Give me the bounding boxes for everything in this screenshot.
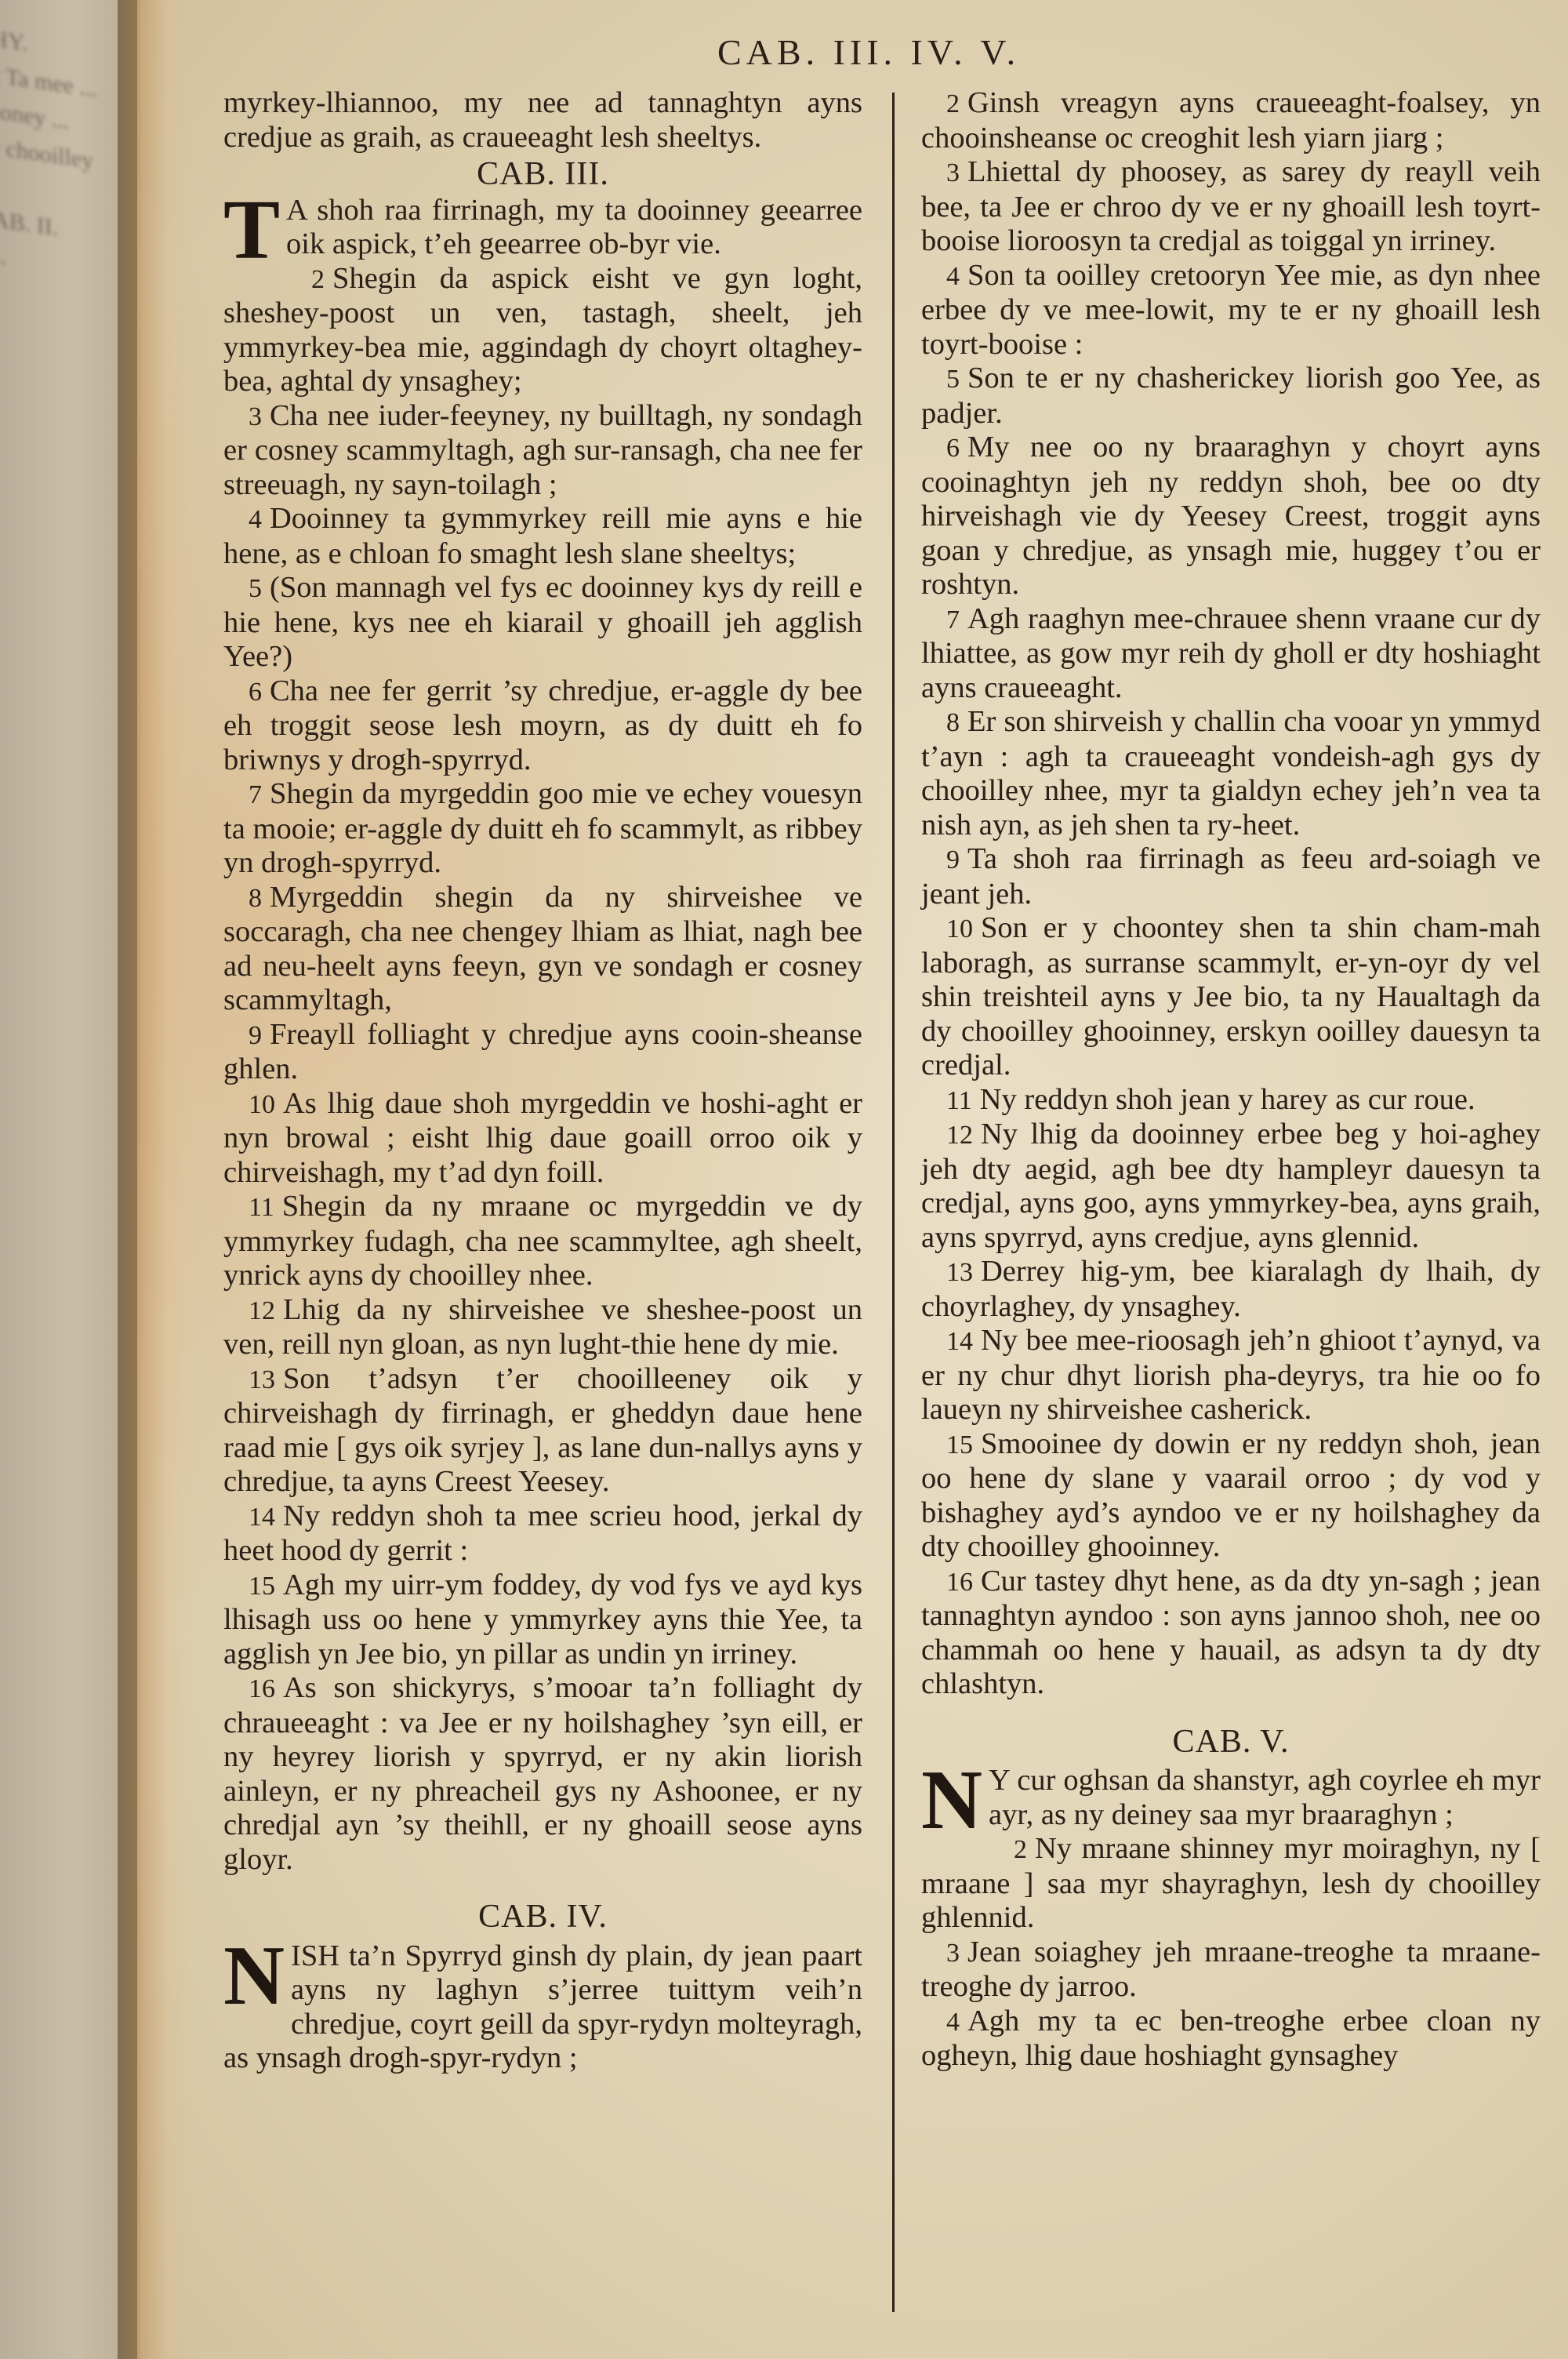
verse-number: 2: [1014, 1835, 1027, 1864]
verse: 6Cha nee fer gerrit ’sy chredjue, er-agg…: [223, 674, 862, 778]
verse: 7Agh raaghyn mee-chrauee shenn vraane cu…: [921, 602, 1541, 706]
drop-cap: T: [223, 197, 280, 266]
facing-page-edge: THY. 22 Ta mee ... ghoney ... dy chooill…: [0, 0, 137, 2359]
verse-text: Son ta ooilley cretooryn Yee mie, as dyn…: [921, 259, 1541, 361]
opening-text: A shoh raa firrinagh, my ta dooinney gee…: [286, 194, 862, 261]
verse: 13Son t’adsyn t’er chooilleeney oik y ch…: [223, 1362, 862, 1499]
verse-text: Son te er ny chasherickey liorish goo Ye…: [921, 362, 1541, 430]
verse: 15Agh my uirr-ym foddey, dy vod fys ve a…: [223, 1568, 862, 1672]
chapter-heading-5: CAB. V.: [921, 1725, 1541, 1760]
verse-number: 7: [946, 605, 960, 634]
verse-number: 2: [311, 265, 325, 294]
gutter-shadow: [118, 0, 188, 2359]
verse-text: Agh my uirr-ym foddey, dy vod fys ve ayd…: [223, 1568, 862, 1670]
verse-text: My nee oo ny braaraghyn y choyrt ayns co…: [921, 431, 1541, 601]
verse-text: Cha nee iuder-feeyney, ny builltagh, ny …: [223, 399, 862, 501]
verse-text: Derrey hig-ym, bee kiaralagh dy lhaih, d…: [921, 1255, 1541, 1323]
verse: 15Smooinee dy dowin er ny reddyn shoh, j…: [921, 1427, 1541, 1565]
verse-text: (Son mannagh vel fys ec dooinney kys dy …: [223, 571, 862, 673]
verse: 6My nee oo ny braaraghyn y choyrt ayns c…: [921, 431, 1541, 602]
verse: 9Freayll folliaght y chredjue ayns cooin…: [223, 1018, 862, 1087]
verse: 16As son shickyrys, s’mooar ta’n folliag…: [223, 1671, 862, 1877]
verse-number: 11: [946, 1086, 972, 1115]
chapter-4-verses: 2Ginsh vreagyn ayns craueeaght-foalsey, …: [921, 86, 1541, 1702]
verse-number: 6: [249, 678, 262, 707]
drop-cap: N: [921, 1767, 982, 1836]
verse-number: 12: [249, 1296, 275, 1325]
verse: 10As lhig daue shoh myrgeddin ve hoshi-a…: [223, 1087, 862, 1190]
verse-text: Jean soiaghey jeh mraane-treoghe ta mraa…: [921, 1936, 1541, 2004]
verse: 9Ta shoh raa firrinagh as feeu ard-soiag…: [921, 842, 1541, 911]
verse: 2Ginsh vreagyn ayns craueeaght-foalsey, …: [921, 86, 1541, 155]
verse-number: 10: [946, 914, 973, 943]
verse-text: Cha nee fer gerrit ’sy chredjue, er-aggl…: [223, 674, 862, 776]
book-page: CAB. III. IV. V. myrkey-lhiannoo, my nee…: [137, 0, 1568, 2359]
verse: 8Er son shirveish y challin cha vooar yn…: [921, 705, 1541, 842]
facing-page-text: THY. 22 Ta mee ... ghoney ... dy chooill…: [0, 19, 137, 296]
verse-number: 15: [946, 1430, 973, 1459]
chapter-heading-3: CAB. III.: [223, 158, 862, 192]
verse-text: Er son shirveish y challin cha vooar yn …: [921, 705, 1541, 841]
verse: 4Son ta ooilley cretooryn Yee mie, as dy…: [921, 259, 1541, 362]
verse: 5(Son mannagh vel fys ec dooinney kys dy…: [223, 571, 862, 674]
verse-text: Son t’adsyn t’er chooilleeney oik y chir…: [223, 1362, 862, 1499]
chapter-5-opening: NY cur oghsan da shanstyr, agh coyrlee e…: [921, 1764, 1541, 1832]
verse-number: 3: [249, 402, 262, 431]
verse: 4Dooinney ta gymmyrkey reill mie ayns e …: [223, 502, 862, 571]
verse: 2Ny mraane shinney myr moiraghyn, ny [ m…: [921, 1832, 1541, 1936]
verse: 12Lhig da ny shirveishee ve sheshee-poos…: [223, 1293, 862, 1362]
verse-text: As son shickyrys, s’mooar ta’n folliaght…: [223, 1671, 862, 1876]
verse-text: As lhig daue shoh myrgeddin ve hoshi-agh…: [223, 1087, 862, 1189]
verse-number: 12: [946, 1121, 973, 1150]
verse-text: Dooinney ta gymmyrkey reill mie ayns e h…: [223, 502, 862, 570]
chapter-3-opening: TA shoh raa firrinagh, my ta dooinney ge…: [223, 194, 862, 262]
verse-text: Son er y choontey shen ta shin cham-mah …: [921, 911, 1541, 1081]
verse-number: 3: [946, 1939, 960, 1968]
verse-number: 8: [946, 708, 960, 737]
running-head: CAB. III. IV. V.: [717, 31, 1188, 73]
continuation-text: myrkey-lhiannoo, my nee ad tannaghtyn ay…: [223, 86, 862, 154]
verse-text: Agh my ta ec ben-treoghe erbee cloan ny …: [921, 2005, 1541, 2073]
verse: 5Son te er ny chasherickey liorish goo Y…: [921, 362, 1541, 431]
verse-text: Smooinee dy dowin er ny reddyn shoh, jea…: [921, 1427, 1541, 1564]
verse: 7Shegin da myrgeddin goo mie ve echey vo…: [223, 777, 862, 881]
verse-number: 7: [249, 780, 262, 809]
verse-number: 2: [946, 89, 960, 118]
verse-text: Agh raaghyn mee-chrauee shenn vraane cur…: [921, 602, 1541, 704]
verse: 13Derrey hig-ym, bee kiaralagh dy lhaih,…: [921, 1255, 1541, 1324]
left-column: myrkey-lhiannoo, my nee ad tannaghtyn ay…: [223, 86, 862, 2076]
verse-text: Shegin da ny mraane oc myrgeddin ve dy y…: [223, 1190, 862, 1292]
chapter-4-opening: NISH ta’n Spyrryd ginsh dy plain, dy jea…: [223, 1939, 862, 2076]
verse-text: Lhig da ny shirveishee ve sheshee-poost …: [223, 1293, 862, 1361]
verse-text: Freayll folliaght y chredjue ayns cooin-…: [223, 1018, 862, 1086]
verse-number: 15: [249, 1572, 275, 1601]
verse-text: Myrgeddin shegin da ny shirveishee ve so…: [223, 881, 862, 1017]
verse: 11Ny reddyn shoh jean y harey as cur rou…: [921, 1083, 1541, 1118]
verse-number: 9: [249, 1021, 262, 1050]
verse: 4Agh my ta ec ben-treoghe erbee cloan ny…: [921, 2005, 1541, 2074]
verse-text: Lhiettal dy phoosey, as sarey dy reayll …: [921, 155, 1541, 257]
verse: 12Ny lhig da dooinney erbee beg y hoi-ag…: [921, 1118, 1541, 1255]
verse-number: 11: [249, 1193, 274, 1222]
chapter-3-verses: 2Shegin da aspick eisht ve gyn loght, sh…: [223, 262, 862, 1877]
verse-text: Ginsh vreagyn ayns craueeaght-foalsey, y…: [921, 86, 1541, 154]
verse-number: 13: [946, 1258, 973, 1287]
verse-number: 9: [946, 845, 960, 874]
verse: 14Ny reddyn shoh ta mee scrieu hood, jer…: [223, 1499, 862, 1568]
column-rule: [892, 93, 895, 2312]
verse-number: 4: [249, 505, 262, 534]
verse-number: 6: [946, 434, 960, 463]
verse: 3Jean soiaghey jeh mraane-treoghe ta mra…: [921, 1936, 1541, 2005]
opening-text: ISH ta’n Spyrryd ginsh dy plain, dy jean…: [223, 1939, 862, 2075]
opening-text: Y cur oghsan da shanstyr, agh coyrlee eh…: [989, 1764, 1541, 1831]
right-column: 2Ginsh vreagyn ayns craueeaght-foalsey, …: [921, 86, 1541, 2074]
verse-number: 10: [249, 1090, 275, 1119]
chapter-5-verses: 2Ny mraane shinney myr moiraghyn, ny [ m…: [921, 1832, 1541, 2074]
verse-number: 5: [946, 365, 960, 394]
verse-number: 14: [946, 1327, 973, 1356]
verse: 16Cur tastey dhyt hene, as da dty yn-sag…: [921, 1565, 1541, 1702]
verse-number: 5: [249, 574, 262, 603]
verse-number: 13: [249, 1365, 275, 1394]
verse-text: Ny reddyn shoh ta mee scrieu hood, jerka…: [223, 1499, 862, 1568]
verse: 8Myrgeddin shegin da ny shirveishee ve s…: [223, 881, 862, 1018]
chapter-heading-4: CAB. IV.: [223, 1900, 862, 1935]
verse-number: 4: [946, 262, 960, 291]
verse: 3Cha nee iuder-feeyney, ny builltagh, ny…: [223, 399, 862, 503]
verse-text: Ny reddyn shoh jean y harey as cur roue.: [980, 1083, 1475, 1116]
verse: 3Lhiettal dy phoosey, as sarey dy reayll…: [921, 155, 1541, 259]
verse: 11Shegin da ny mraane oc myrgeddin ve dy…: [223, 1190, 862, 1293]
verse-text: Cur tastey dhyt hene, as da dty yn-sagh …: [921, 1565, 1541, 1701]
verse-text: Shegin da myrgeddin goo mie ve echey vou…: [223, 777, 862, 879]
verse: 14Ny bee mee-rioosagh jeh’n ghioot t’ayn…: [921, 1324, 1541, 1427]
verse: 10Son er y choontey shen ta shin cham-ma…: [921, 911, 1541, 1083]
verse-text: Ny bee mee-rioosagh jeh’n ghioot t’aynyd…: [921, 1324, 1541, 1426]
verse-text: Ta shoh raa firrinagh as feeu ard-soiagh…: [921, 842, 1541, 911]
verse-number: 14: [249, 1503, 275, 1532]
verse-number: 4: [946, 2008, 960, 2037]
verse: 2Shegin da aspick eisht ve gyn loght, sh…: [223, 262, 862, 399]
verse-number: 16: [249, 1674, 275, 1703]
verse-number: 16: [946, 1568, 973, 1597]
verse-number: 3: [946, 158, 960, 187]
drop-cap: N: [223, 1943, 285, 2012]
verse-number: 8: [249, 884, 262, 913]
verse-text: Ny lhig da dooinney erbee beg y hoi-aghe…: [921, 1118, 1541, 1254]
